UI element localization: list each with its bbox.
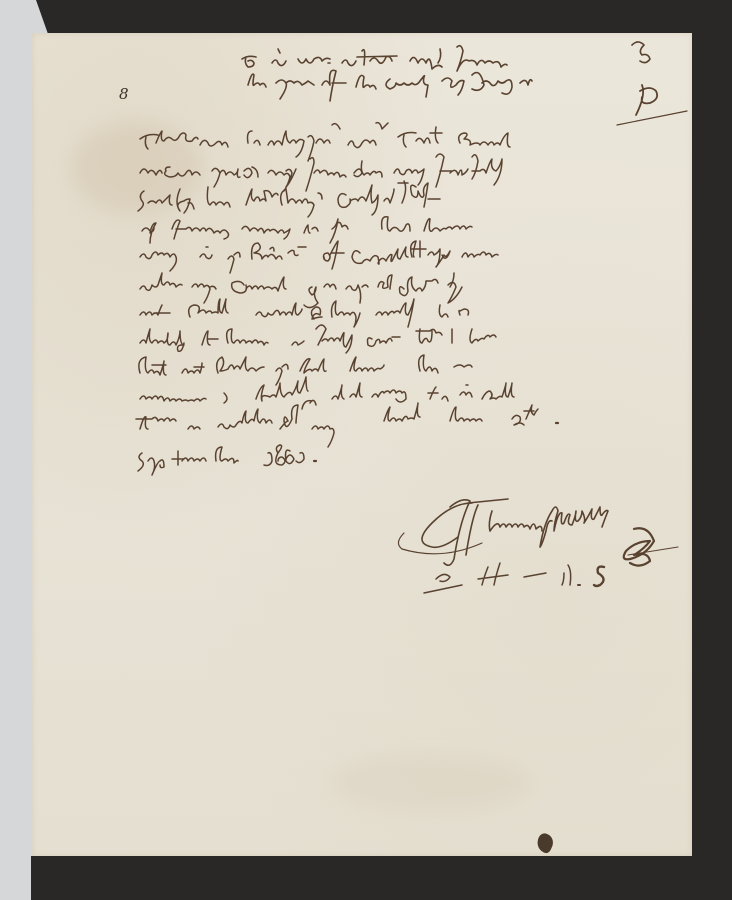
signature-subscript: B — H — N. S — [427, 573, 558, 593]
body-line: cause as witnesse my hand this 20th — [140, 419, 491, 439]
body-line: serve his late Matie King Charles ye fir… — [140, 185, 535, 205]
body-line: September 1663. — [140, 449, 304, 469]
signature-name: Thomas Salusbury — [412, 503, 587, 523]
address-line: the peace of the County of Denbigh — [247, 71, 587, 91]
body-line: under my Command In wch sd service he — [140, 273, 534, 293]
body-line: ap Evan ap John of Gwytherin did very fa… — [140, 155, 604, 175]
address-mark: 12 — [642, 91, 666, 111]
body-line: warres in ye Regiment of Colonell Hugh W… — [140, 243, 583, 263]
body-line: of famous memory in his late unhappie — [140, 215, 513, 235]
transcription-layer: To ye wor.tt ye Kings Mats Justices of t… — [32, 33, 692, 856]
body-line: These are to certify yor wor.pps That Ed… — [140, 125, 575, 145]
document-viewer: 8 To ye wor.tt ye Kings Mats Justices of… — [0, 0, 732, 900]
body-line: rec.d severall wounds & bruises whereby … — [140, 301, 588, 321]
body-line: hath not deserted ye said service but — [140, 359, 497, 379]
manuscript-page: 8 To ye wor.tt ye Kings Mats Justices of… — [32, 33, 692, 856]
body-line: continued faithfull all along to ye Roya… — [140, 389, 527, 409]
body-line: disabled to labour as formerly; And that… — [140, 329, 566, 349]
address-line: To ye wor.tt ye Kings Mats Justices of — [242, 45, 603, 65]
